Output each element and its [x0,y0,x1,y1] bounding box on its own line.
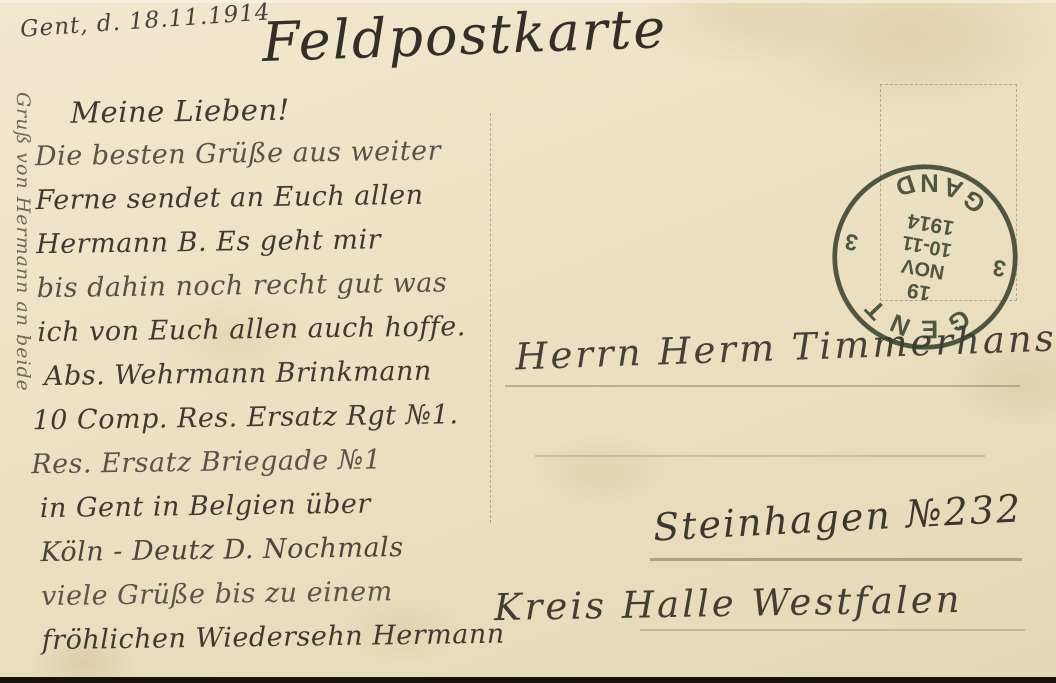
address-rule-1 [505,385,1020,387]
message-line: Hermann B. Es geht mir [36,217,499,267]
address-rule-2 [535,455,985,457]
address-street-line: Steinhagen №232 [652,486,1023,549]
address-underline-street [650,558,1022,561]
message-line: 10 Comp. Res. Ersatz Rgt №1. [32,393,501,444]
message-line: Köln - Deutz D. Nochmals [40,525,503,575]
message-line: Meine Lieben! [70,85,497,135]
message-line: Ferne sendet an Euch allen [35,173,498,223]
message-line: ich von Euch allen auch hoffe. [37,305,500,355]
postmark-office-right: 3 [843,229,860,257]
message-line: in Gent in Belgien über [40,481,503,531]
postmark-date-day: 19 [905,278,932,305]
message-line: fröhlichen Wiedersehn Hermann [41,613,504,663]
address-rule-3 [640,629,1025,631]
message-line: bis dahin noch recht gut was [36,261,499,311]
postmark-office-left: 3 [991,255,1008,283]
message-line: Res. Ersatz Briegade №1 [31,437,502,488]
message-line: viele Grüße bis zu einem [41,569,504,619]
postmark-circle: GENT GAND 3 3 19 NOV 10-11 1914 [815,147,1035,367]
postcard-title: Feldpostkarte [261,0,668,74]
address-region-line: Kreis Halle Westfalen [494,578,963,629]
postmark-stamp-icon: GENT GAND 3 3 19 NOV 10-11 1914 [815,147,1035,367]
paper-bottom-edge [0,677,1056,683]
message-line: Abs. Wehrmann Brinkmann [44,349,501,399]
dateline: Gent, d. 18.11.1914 [19,0,271,43]
message-line: Die besten Grüße aus weiter [35,129,498,179]
postcard-scan: Gent, d. 18.11.1914 Feldpostkarte Gruß v… [0,0,1056,683]
center-divider-line [490,113,491,523]
message-body: Meine Lieben!Die besten Grüße aus weiter… [26,85,504,664]
